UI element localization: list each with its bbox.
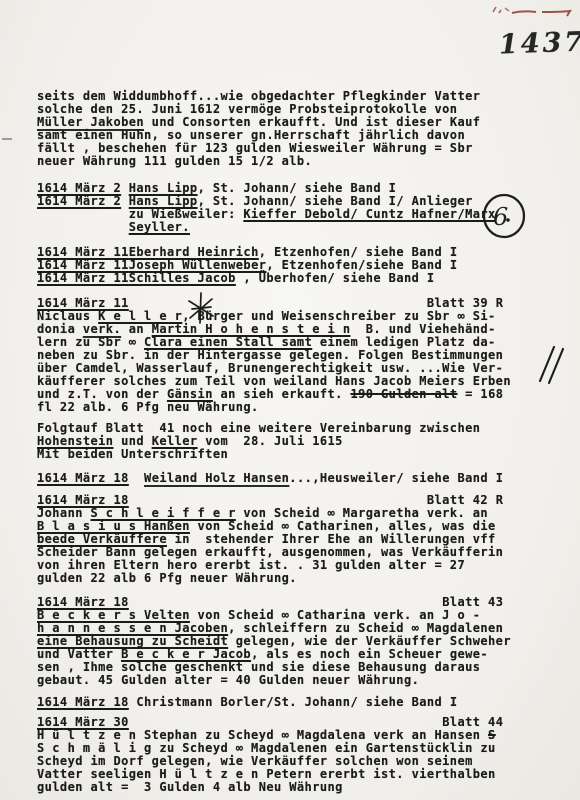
handwritten-circle-note: 6 <box>480 191 530 243</box>
text-line: 1614 März 18 Weiland Holz Hansen...,Heus… <box>37 472 511 485</box>
text-line: gebaut. 45 Gulden alter = 40 Gulden neue… <box>37 674 511 687</box>
text-line: Seyller. <box>37 221 511 234</box>
text-line: 1614 März 11Schilles Jacob , Überhofen/ … <box>37 272 511 285</box>
text-line: Mit beiden Unterschriften <box>37 448 511 461</box>
margin-dash-mark <box>2 138 12 140</box>
text-line: neuer Währung 111 gulden 15 1/2 alb. <box>37 155 511 168</box>
text-line: 1614 März 18 Christmann Borler/St. Johan… <box>37 696 511 709</box>
red-ink-marks <box>488 0 580 22</box>
text-line: fl 22 alb. 6 Pfg neu Währung. <box>37 401 511 414</box>
handwritten-page-number: 1437 <box>498 26 580 60</box>
text-line: gulden alt = 3 Gulden 4 alb Neu Währung <box>37 781 511 794</box>
text-line: gulden 22 alb 6 Pfg neuer Währung. <box>37 572 511 585</box>
document-text: seits dem Widdumbhoff...wie obgedachter … <box>37 90 511 794</box>
svg-text:6: 6 <box>493 203 508 231</box>
margin-slash-mark <box>533 342 569 386</box>
document-page: 1437 seits dem Widdumbhoff...wie obgedac… <box>0 0 580 800</box>
handwritten-star-mark <box>186 291 216 325</box>
